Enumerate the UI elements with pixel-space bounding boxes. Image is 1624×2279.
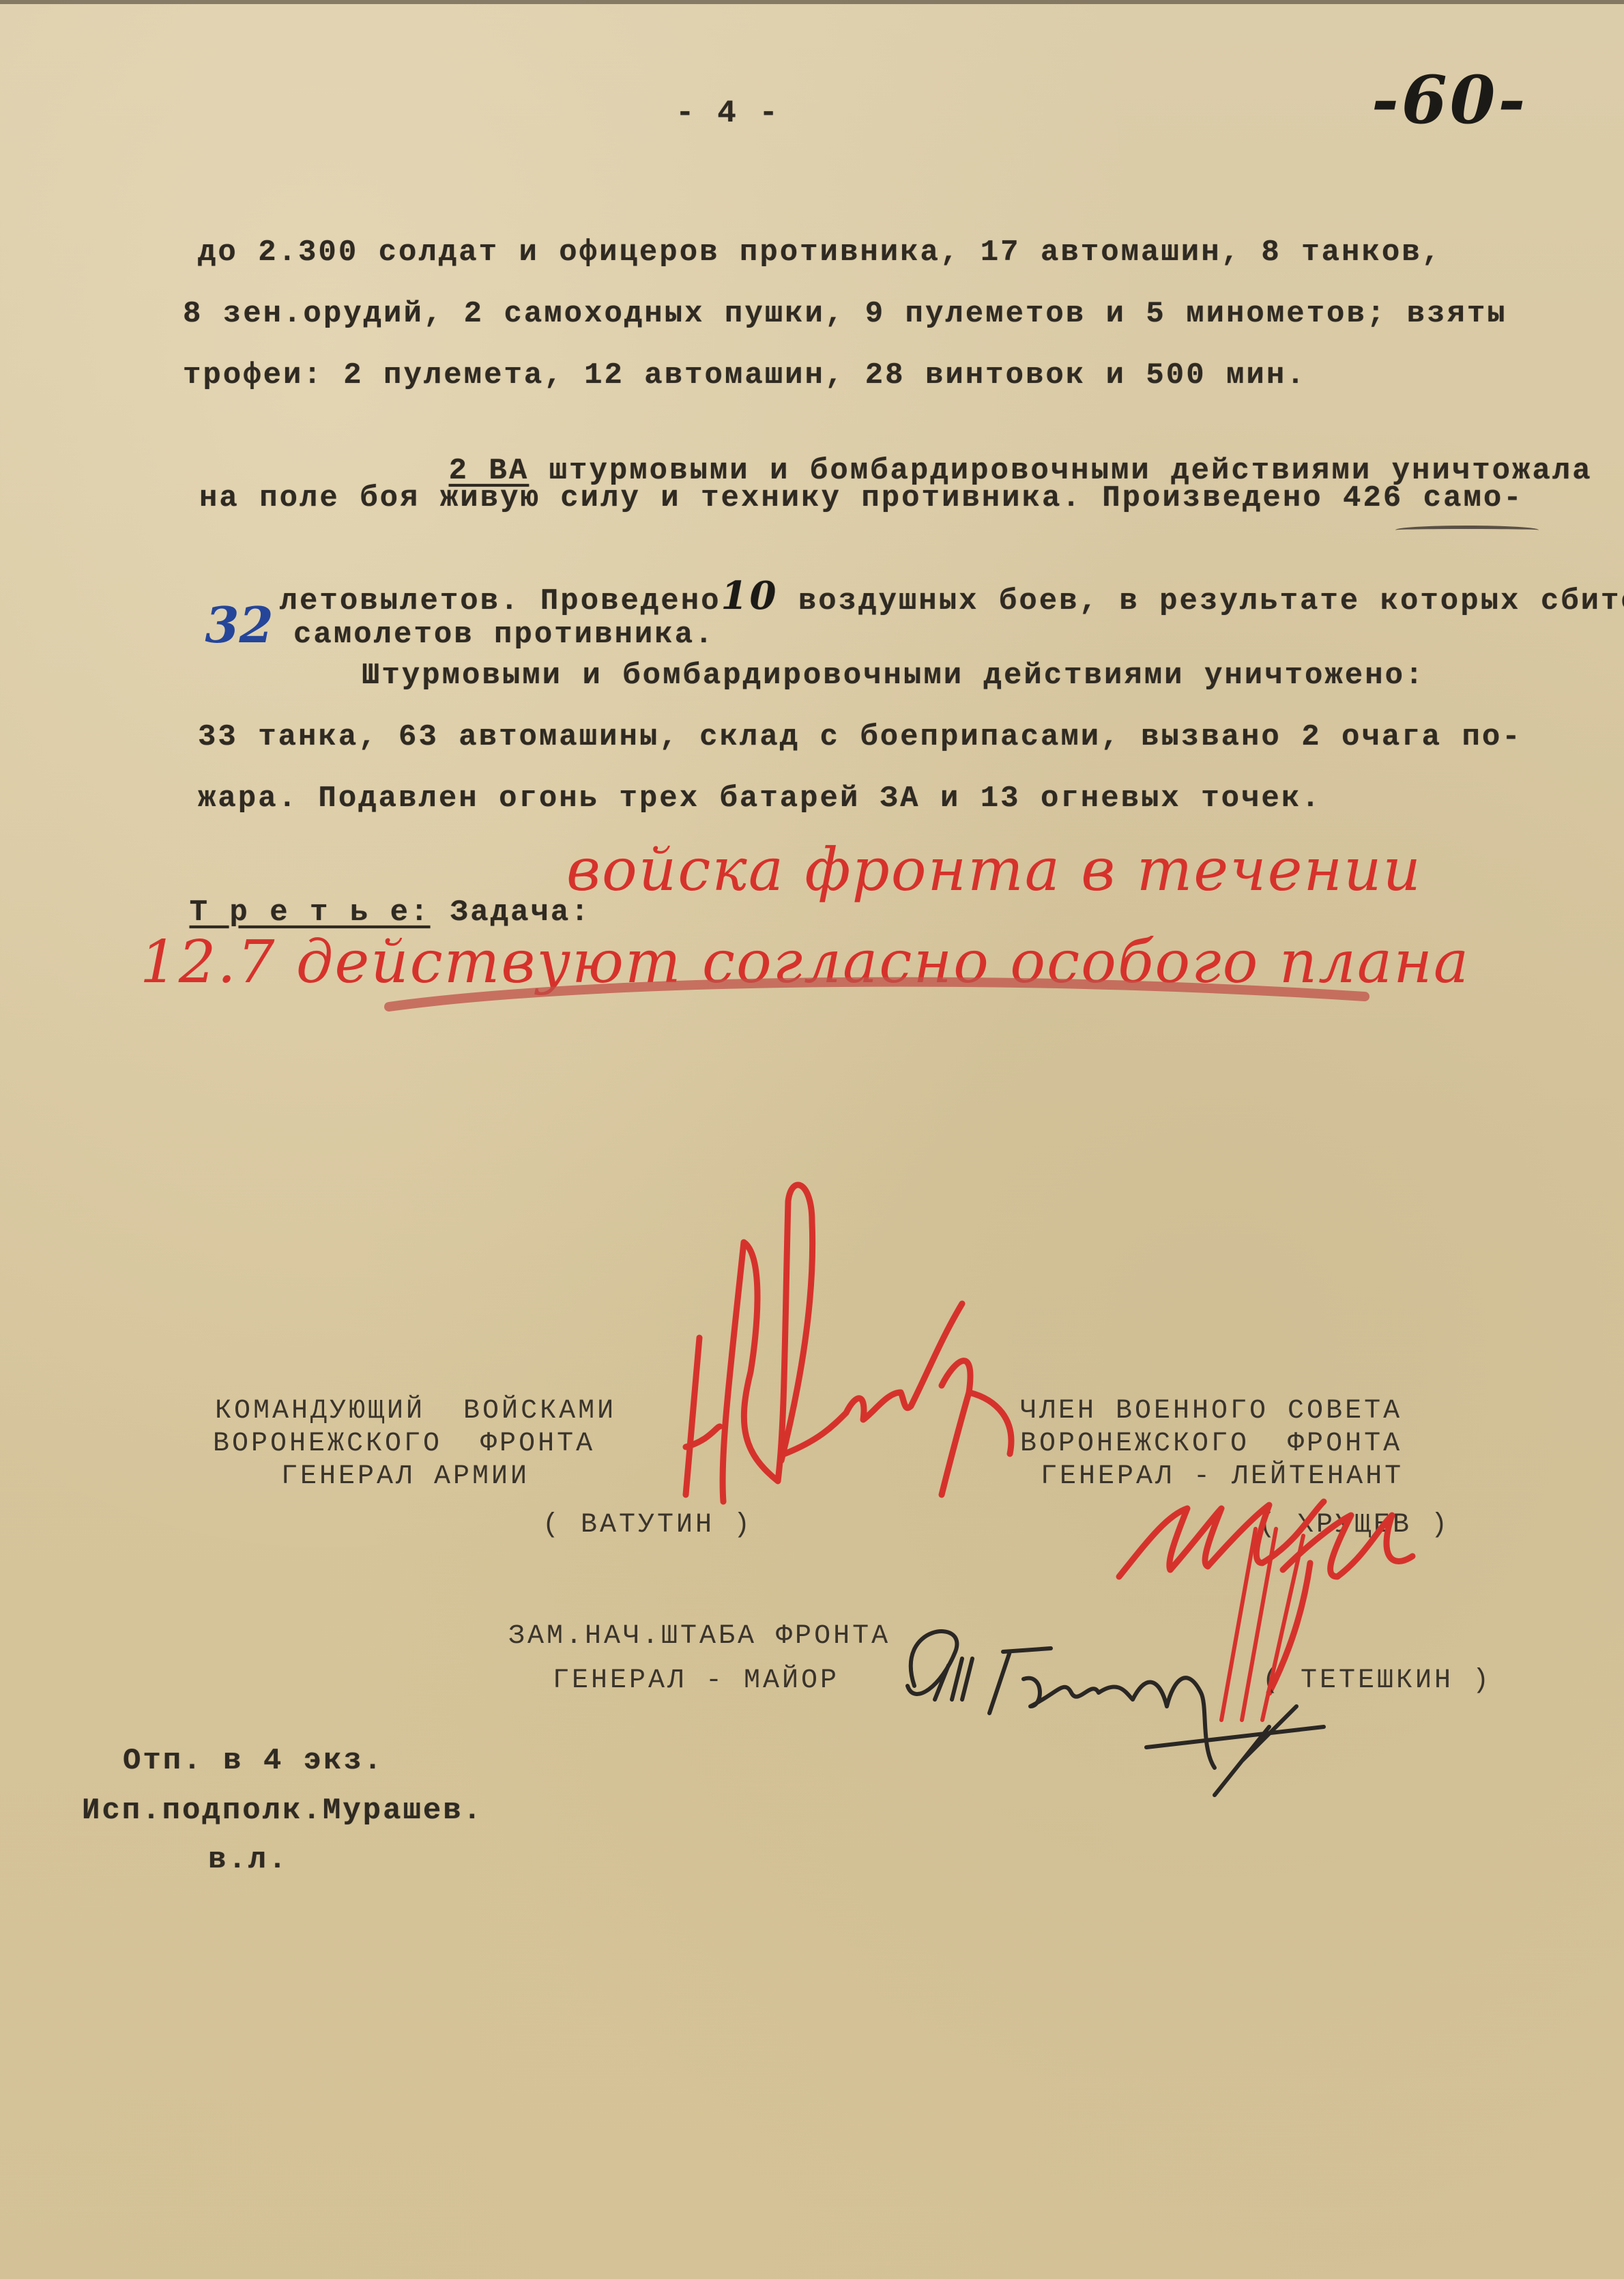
text-line: 8 зен.орудий, 2 самоходных пушки, 9 пуле… bbox=[183, 297, 1507, 331]
page-top-edge bbox=[0, 0, 1624, 4]
signatory-title: ВОРОНЕЖСКОГО ФРОНТА bbox=[213, 1429, 595, 1459]
footer-line: в.л. bbox=[208, 1843, 289, 1877]
signatory-title: ГЕНЕРАЛ - МАЙОР bbox=[553, 1665, 839, 1696]
footer-line: Отп. в 4 экз. bbox=[123, 1744, 383, 1778]
signatory-title: ЧЛЕН ВОЕННОГО СОВЕТА bbox=[1020, 1396, 1402, 1427]
archive-sheet-number: -60- bbox=[1372, 61, 1528, 139]
text-line: самолетов противника. bbox=[274, 618, 715, 652]
signatory-title: ГЕНЕРАЛ АРМИИ bbox=[281, 1461, 530, 1492]
handwritten-correction: 10 bbox=[721, 573, 779, 618]
page-number: - 4 - bbox=[676, 96, 780, 131]
text-line: жара. Подавлен огонь трех батарей ЗА и 1… bbox=[198, 782, 1322, 816]
text-line: Штурмовыми и бомбардировочными действиям… bbox=[362, 659, 1425, 693]
red-pencil-underline bbox=[382, 976, 1372, 1017]
red-signature-vatutin bbox=[669, 1167, 1024, 1508]
red-signature-stroke bbox=[1215, 1522, 1310, 1727]
text-line: на поле боя живую силу и технику противн… bbox=[199, 481, 1524, 515]
signatory-title: ЗАМ.НАЧ.ШТАБА ФРОНТА bbox=[508, 1621, 890, 1652]
signatory-title: ВОРОНЕЖСКОГО ФРОНТА bbox=[1020, 1429, 1402, 1459]
text-line: трофеи: 2 пулемета, 12 автомашин, 28 вин… bbox=[183, 358, 1307, 392]
text-line: 33 танка, 63 автомашины, склад с боеприп… bbox=[198, 720, 1522, 754]
signatory-name: ( ВАТУТИН ) bbox=[542, 1510, 753, 1540]
handwritten-task-line: войска фронта в течении bbox=[566, 836, 1422, 904]
section-label: Т р е т ь е: bbox=[190, 895, 431, 930]
text-line: до 2.300 солдат и офицеров противника, 1… bbox=[198, 235, 1442, 270]
handwritten-blue-correction: 32 bbox=[205, 596, 273, 654]
signatory-title: КОМАНДУЮЩИЙ ВОЙСКАМИ bbox=[215, 1396, 616, 1427]
pencil-underline-mark bbox=[1395, 526, 1539, 534]
footer-line: Исп.подполк.Мурашев. bbox=[82, 1794, 483, 1828]
text-line: воздушных боев, в результате которых сби… bbox=[778, 584, 1624, 618]
